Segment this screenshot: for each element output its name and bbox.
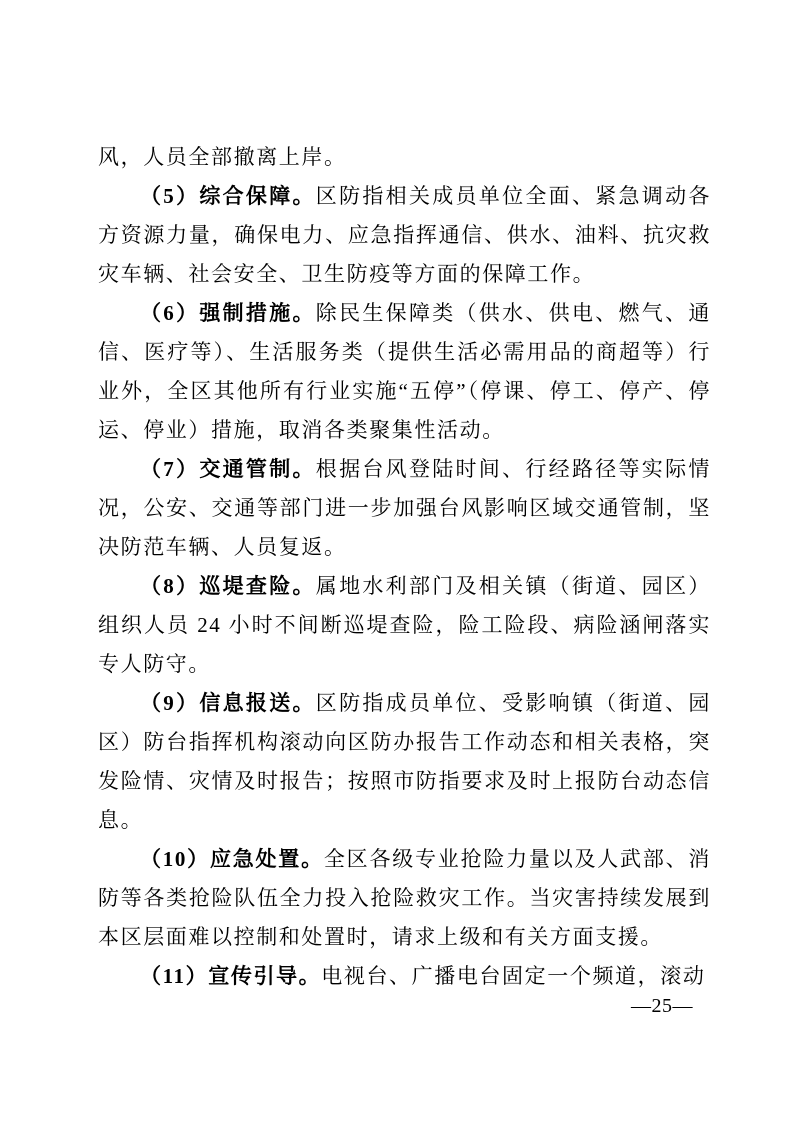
body-text: 风，人员全部撤离上岸。 （5）综合保障。区防指相关成员单位全面、紧急调动各方资源…	[98, 138, 711, 996]
paragraph-item-7: （7）交通管制。根据台风登陆时间、行经路径等实际情况，公安、交通等部门进一步加强…	[98, 450, 711, 567]
paragraph-item-7-heading: （7）交通管制。	[140, 457, 316, 481]
paragraph-item-9-heading: （9）信息报送。	[140, 691, 316, 715]
paragraph-item-8-heading: （8）巡堤查险。	[140, 574, 316, 598]
page-number: —25—	[631, 994, 693, 1018]
paragraph-item-10: （10）应急处置。全区各级专业抢险力量以及人武部、消防等各类抢险队伍全力投入抢险…	[98, 840, 711, 957]
paragraph-item-11-heading: （11）宣传引导。	[140, 964, 321, 988]
document-page: 风，人员全部撤离上岸。 （5）综合保障。区防指相关成员单位全面、紧急调动各方资源…	[0, 0, 793, 1122]
paragraph-item-9: （9）信息报送。区防指成员单位、受影响镇（街道、园区）防台指挥机构滚动向区防办报…	[98, 684, 711, 840]
paragraph-item-5-heading: （5）综合保障。	[140, 184, 316, 208]
paragraph-item-11-text: 电视台、广播电台固定一个频道，滚动	[321, 964, 705, 988]
paragraph-item-11: （11）宣传引导。电视台、广播电台固定一个频道，滚动	[98, 957, 711, 996]
paragraph-item-10-heading: （10）应急处置。	[140, 847, 324, 871]
paragraph-continuation: 风，人员全部撤离上岸。	[98, 138, 711, 177]
paragraph-item-6: （6）强制措施。除民生保障类（供水、供电、燃气、通信、医疗等）、生活服务类（提供…	[98, 294, 711, 450]
paragraph-item-8: （8）巡堤查险。属地水利部门及相关镇（街道、园区）组织人员 24 小时不间断巡堤…	[98, 567, 711, 684]
paragraph-item-5: （5）综合保障。区防指相关成员单位全面、紧急调动各方资源力量，确保电力、应急指挥…	[98, 177, 711, 294]
paragraph-item-6-heading: （6）强制措施。	[140, 301, 316, 325]
